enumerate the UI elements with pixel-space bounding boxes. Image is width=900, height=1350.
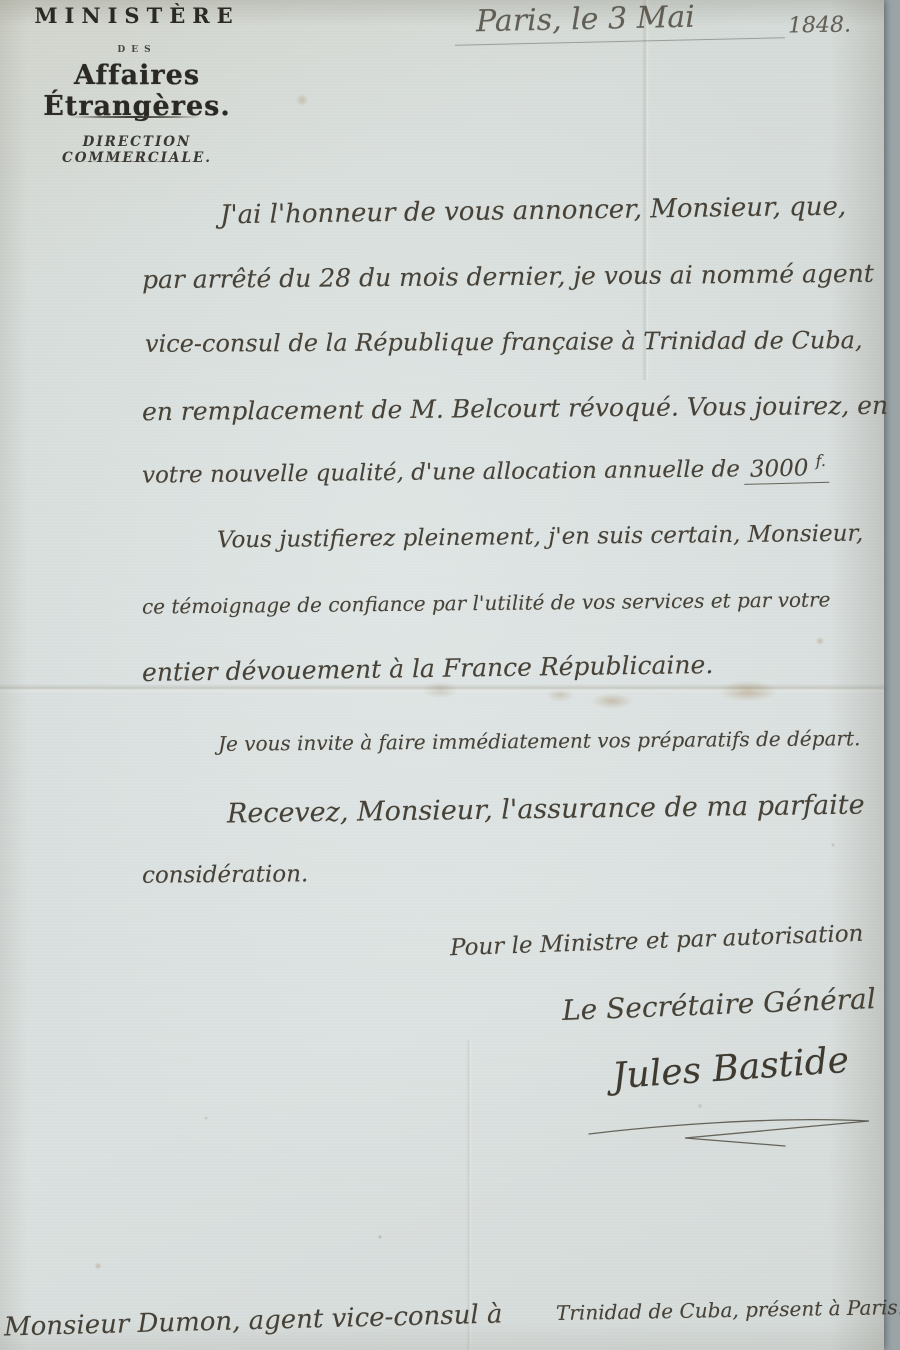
allocation-text: votre nouvelle qualité, d'une allocation… (142, 456, 740, 488)
signature-flourish (585, 1112, 875, 1152)
letterhead-ministry: MINISTÈRE (8, 3, 266, 28)
dateline-year: 1848. (788, 12, 851, 38)
letterhead-department: Affaires Étrangères. (8, 60, 266, 122)
allocation-amount: 3000 (750, 455, 809, 482)
allocation-unit: f. (815, 451, 826, 470)
letterhead-rule-thin (66, 161, 206, 162)
dateline-place: Paris, le 3 Mai (476, 0, 696, 39)
body-line-11: considération. (142, 861, 309, 888)
body-line-3: vice-consul de la République française à… (145, 326, 863, 358)
photo-canvas: MINISTÈRE DES Affaires Étrangères. DIREC… (0, 0, 900, 1350)
allocation-amount-underlined: 3000 f. (744, 455, 830, 485)
letterhead-rule-ornament (70, 116, 200, 118)
letterhead-des: DES (8, 45, 266, 55)
